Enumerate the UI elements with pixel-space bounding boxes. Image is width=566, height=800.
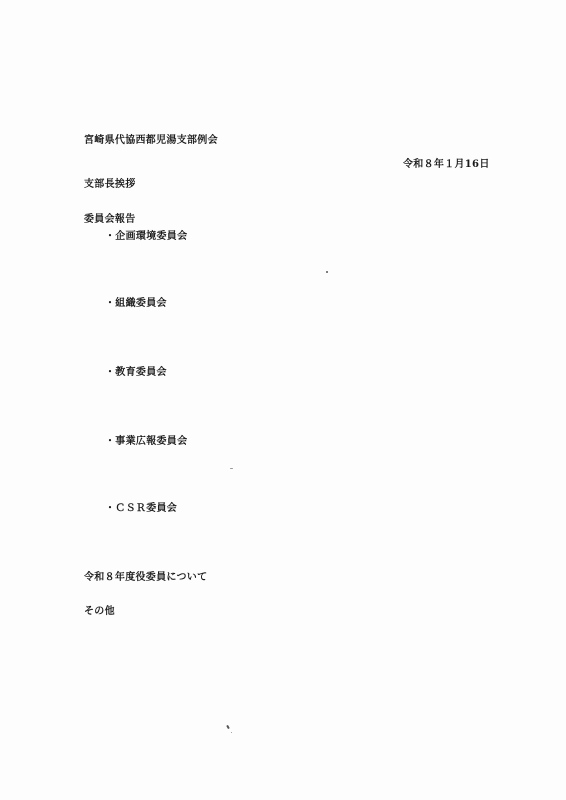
committee-item-education: ・教育委員会 — [105, 367, 167, 379]
document-page: 宮崎県代協西都児湯支部例会 令和８年１月16日 支部長挨拶 委員会報告 ・企画環… — [0, 0, 566, 800]
scan-speck — [226, 725, 230, 729]
section-next-year-officers: 令和８年度役委員について — [84, 572, 207, 584]
committee-item-organization: ・組織委員会 — [105, 298, 167, 310]
document-title: 宮崎県代協西都児湯支部例会 — [84, 135, 218, 147]
document-date: 令和８年１月16日 — [403, 159, 490, 171]
scan-speck — [231, 732, 232, 733]
committee-item-csr: ・ＣＳＲ委員会 — [105, 503, 177, 515]
section-greeting: 支部長挨拶 — [84, 179, 136, 191]
section-other: その他 — [84, 606, 115, 618]
committee-item-planning-environment: ・企画環境委員会 — [105, 231, 187, 243]
committee-item-business-pr: ・事業広報委員会 — [105, 436, 187, 448]
section-committee-report: 委員会報告 — [84, 214, 136, 226]
scan-speck — [230, 468, 233, 469]
scan-speck — [326, 271, 328, 273]
